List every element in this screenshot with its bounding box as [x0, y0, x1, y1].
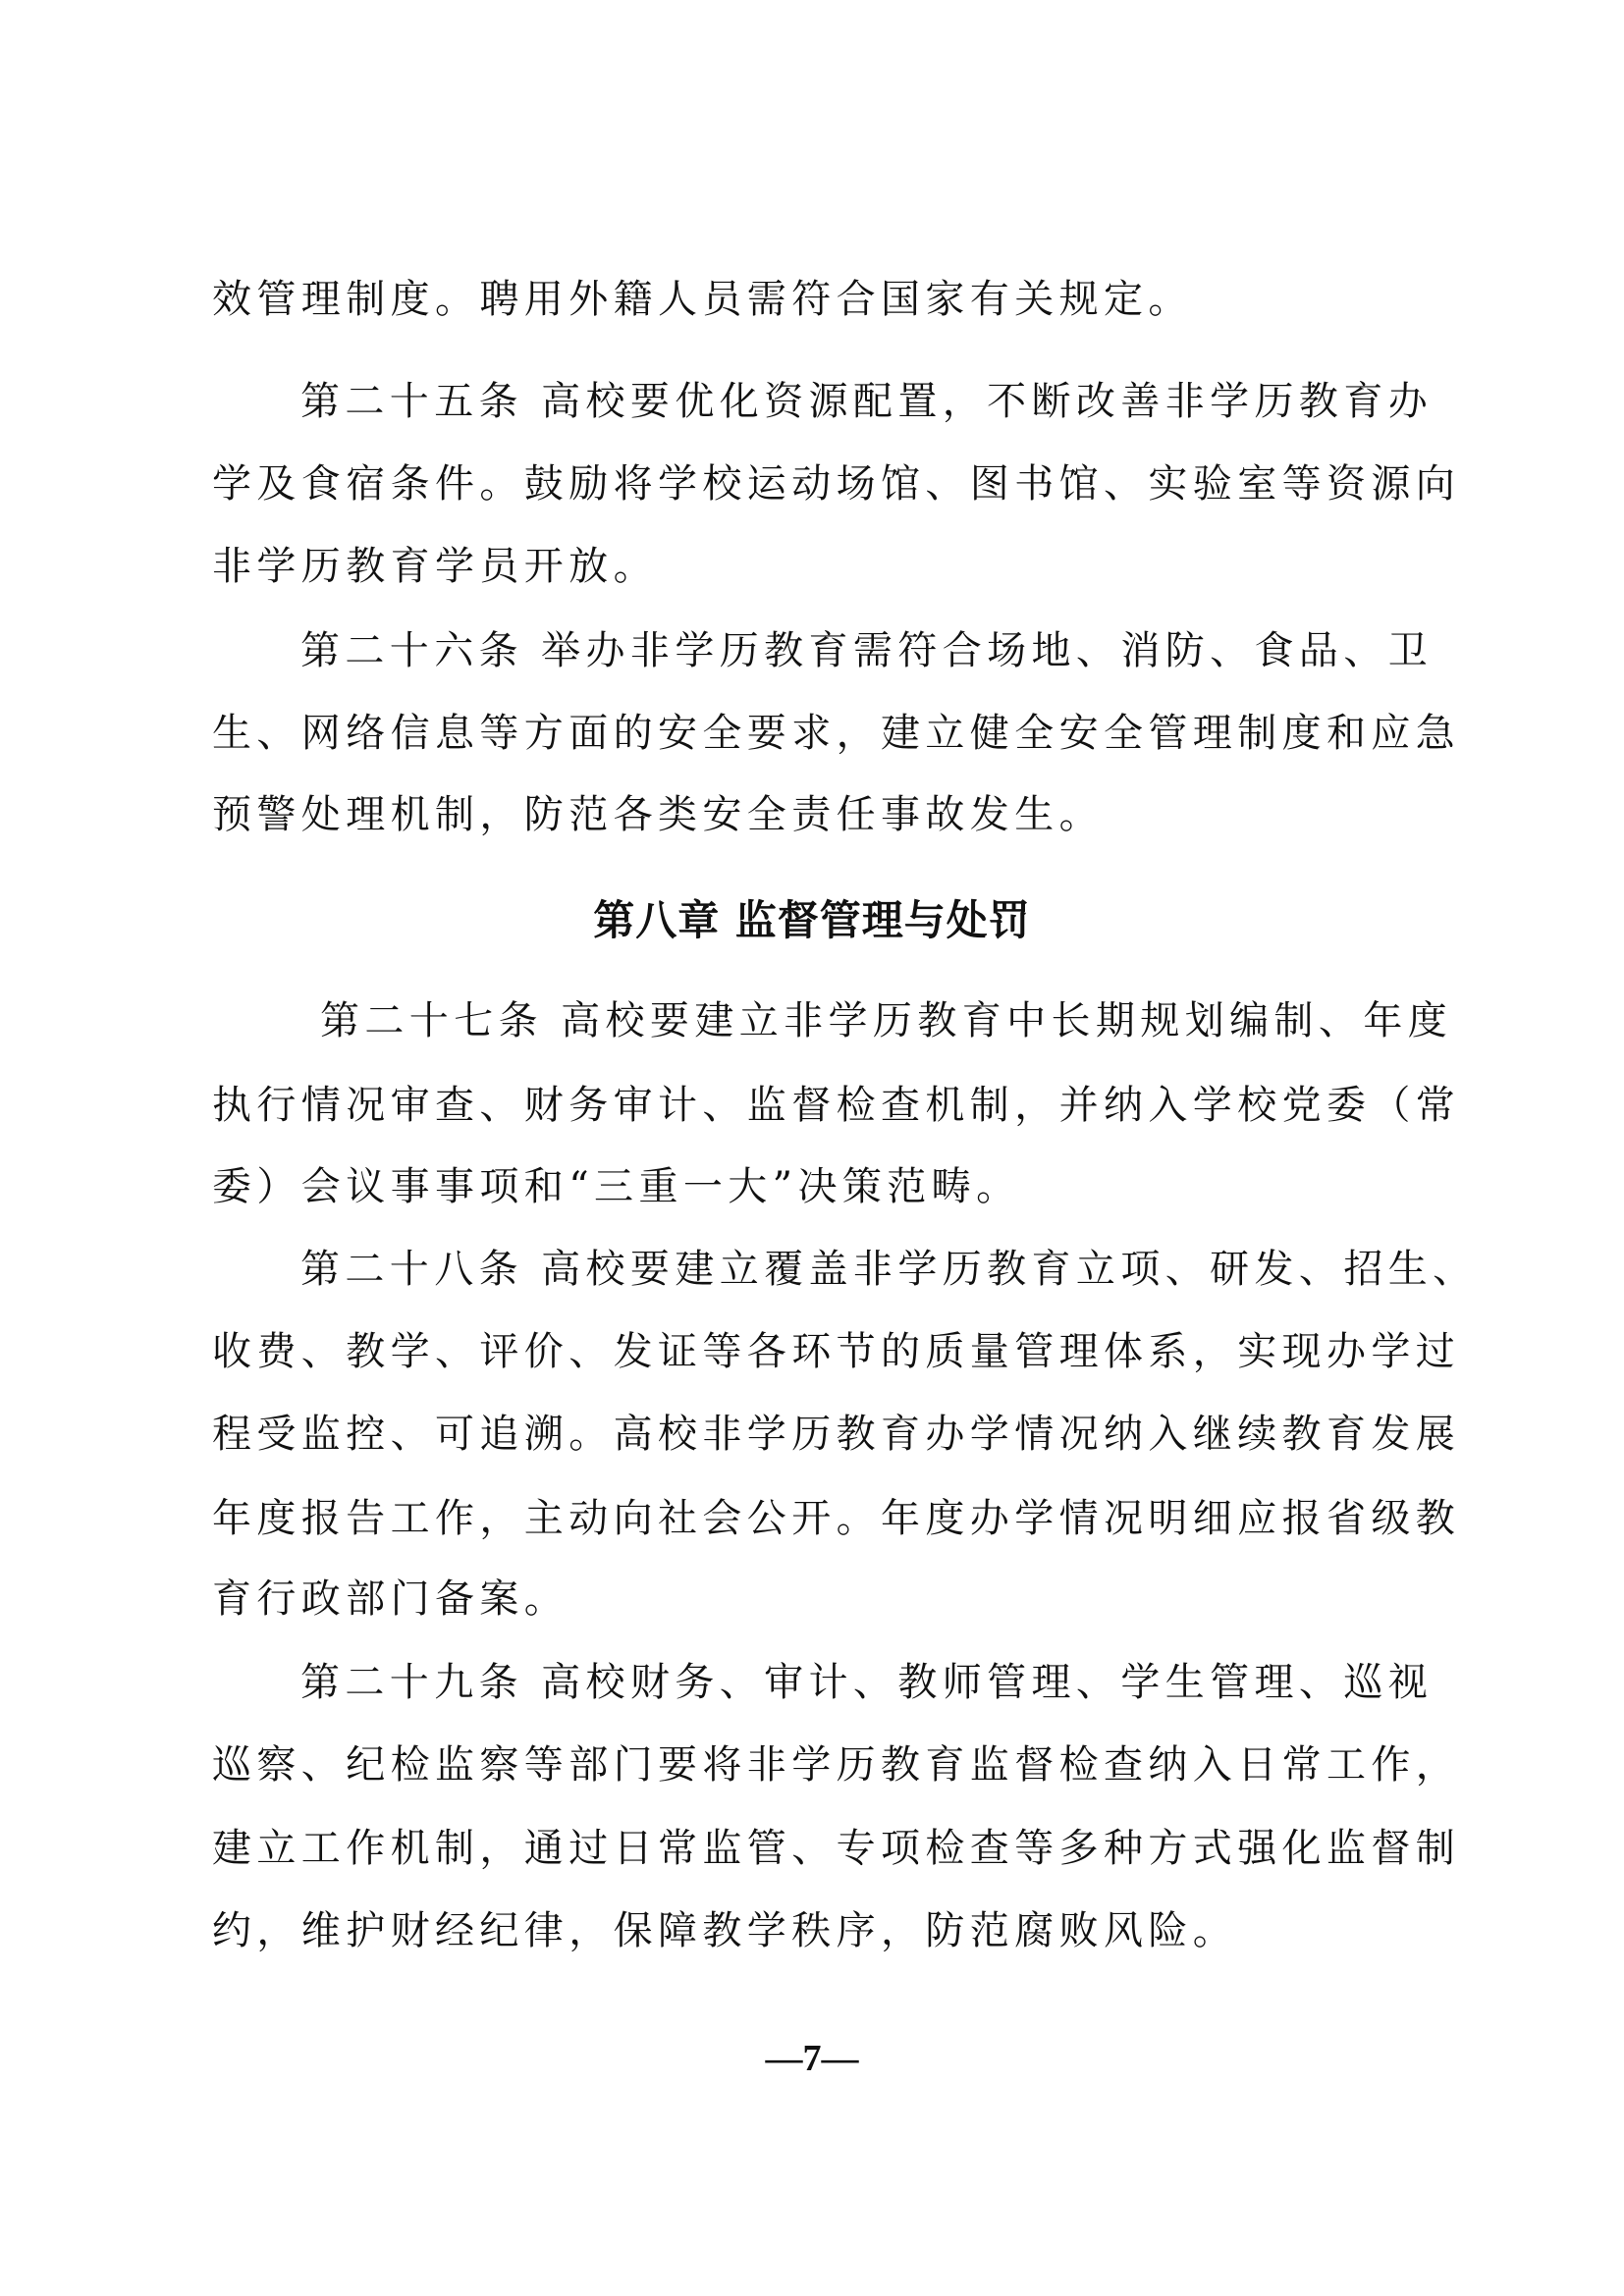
article-28-line: 第二十八条 高校要建立覆盖非学历教育立项、研发、招生、 — [300, 1240, 1518, 1299]
article-29-line: 第二十九条 高校财务、审计、教师管理、学生管理、巡视 — [300, 1653, 1518, 1712]
paragraph-line: 育行政部门备案。 — [212, 1570, 1430, 1629]
article-25-line: 第二十五条 高校要优化资源配置，不断改善非学历教育办 — [300, 372, 1518, 431]
article-26-line: 第二十六条 举办非学历教育需符合场地、消防、食品、卫 — [300, 621, 1518, 680]
paragraph-line: 约，维护财经纪律，保障教学秩序，防范腐败风险。 — [212, 1901, 1430, 1960]
paragraph-line: 效管理制度。聘用外籍人员需符合国家有关规定。 — [212, 270, 1430, 329]
page-number: —7— — [0, 2034, 1624, 2083]
paragraph-line: 非学历教育学员开放。 — [212, 537, 1430, 596]
paragraph-line: 收费、教学、评价、发证等各环节的质量管理体系，实现办学过 — [212, 1322, 1430, 1381]
article-27-line: 第二十七条 高校要建立非学历教育中长期规划编制、年度 — [320, 991, 1538, 1050]
paragraph-line: 巡察、纪检监察等部门要将非学历教育监督检查纳入日常工作， — [212, 1735, 1430, 1794]
chapter-heading: 第八章 监督管理与处罚 — [0, 891, 1624, 950]
paragraph-line: 生、网络信息等方面的安全要求，建立健全安全管理制度和应急 — [212, 704, 1430, 763]
paragraph-line: 年度报告工作，主动向社会公开。年度办学情况明细应报省级教 — [212, 1489, 1430, 1548]
document-page: 效管理制度。聘用外籍人员需符合国家有关规定。 第二十五条 高校要优化资源配置，不… — [0, 0, 1624, 2296]
paragraph-line: 学及食宿条件。鼓励将学校运动场馆、图书馆、实验室等资源向 — [212, 454, 1430, 513]
paragraph-line: 委）会议事事项和“三重一大”决策范畴。 — [212, 1157, 1430, 1216]
paragraph-line: 执行情况审查、财务审计、监督检查机制，并纳入学校党委（常 — [212, 1076, 1430, 1135]
paragraph-line: 预警处理机制，防范各类安全责任事故发生。 — [212, 785, 1430, 844]
paragraph-line: 建立工作机制，通过日常监管、专项检查等多种方式强化监督制 — [212, 1819, 1430, 1878]
paragraph-line: 程受监控、可追溯。高校非学历教育办学情况纳入继续教育发展 — [212, 1405, 1430, 1464]
